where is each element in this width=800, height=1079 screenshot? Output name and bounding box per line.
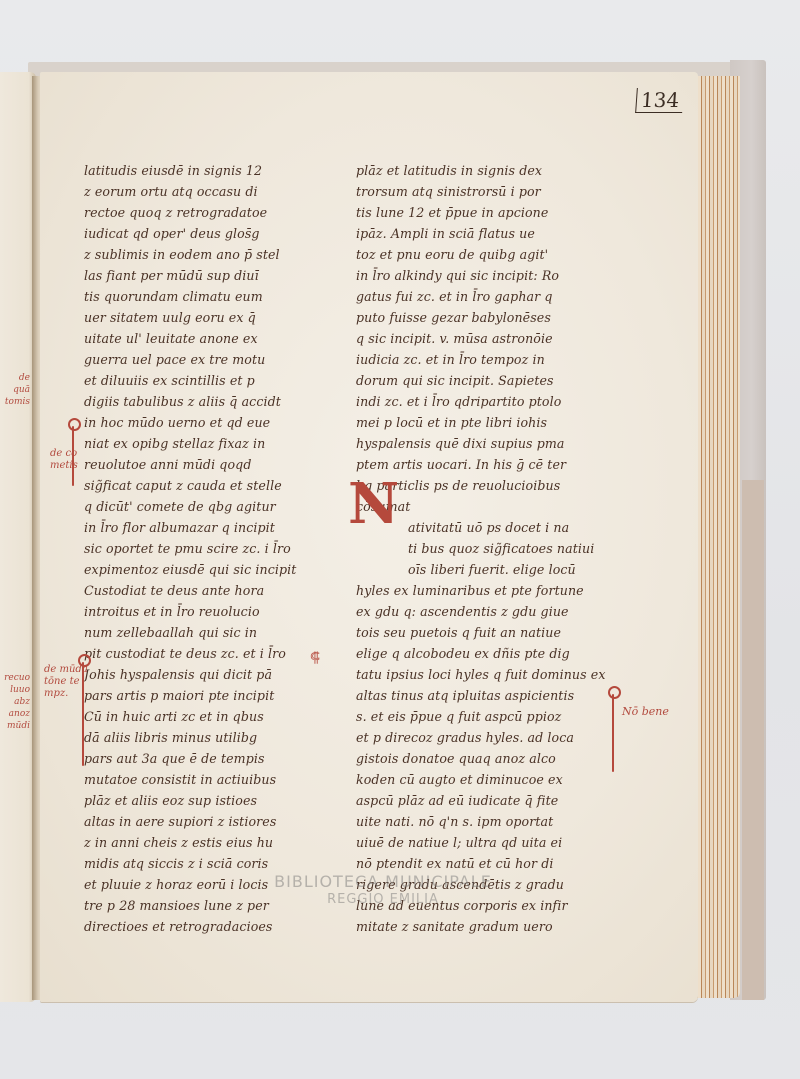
text-line: directioes et retrogradacioes xyxy=(84,916,334,937)
text-line: hyles ex luminaribus et pte fortune xyxy=(356,580,618,601)
text-line: pars aut 3a que ē de tempis xyxy=(84,748,334,769)
text-line: sic oportet te pmu scire zc. i l̄ro xyxy=(84,538,334,559)
text-line: tis quorundam climatu eum xyxy=(84,286,334,307)
text-line: guerra uel pace ex tre motu xyxy=(84,349,334,370)
text-line: hyspalensis quē dixi supius pma xyxy=(356,433,618,454)
text-line: uitate ul' leuitate anone ex xyxy=(84,328,334,349)
text-line: s. et eis p̄pue q fuit aspcū ppioz xyxy=(356,706,618,727)
text-line: digiis tabulibus z aliis q̄ accidt xyxy=(84,391,334,412)
text-line: koden cū augto et diminucoe ex xyxy=(356,769,618,790)
text-line: in l̄ro alkindy qui sic incipit: Ro xyxy=(356,265,618,286)
text-line: niat ex opibg stellaz fixaz in xyxy=(84,433,334,454)
margin-note-line: metis xyxy=(50,460,78,472)
text-line: q sic incipit. v. mūsa astronōie xyxy=(356,328,618,349)
library-stamp: BIBLIOTECA MUNICIPALE REGGIO EMILIA xyxy=(268,872,498,908)
text-line: uiuē de natiue l; ultra qd uita ei xyxy=(356,832,618,853)
text-column-left: latitudis eiusdē in signis 12 z eorum or… xyxy=(84,160,334,937)
text-line: et diluuiis ex scintillis et p xyxy=(84,370,334,391)
text-line: dorum qui sic incipit. Sapietes xyxy=(356,370,618,391)
text-line: iudicat qd oper' deus glos̄g xyxy=(84,223,334,244)
facing-note-line: recuo xyxy=(0,672,30,684)
margin-note-nota-bene: Nō bene xyxy=(622,706,669,718)
text-line: puto fuisse gezar babylonēses xyxy=(356,307,618,328)
page-edges-stack xyxy=(694,76,740,998)
text-line: iudicia zc. et in l̄ro tempoz in xyxy=(356,349,618,370)
rubricated-initial: N xyxy=(348,476,399,532)
facing-note-line: luuo xyxy=(0,684,30,696)
text-line: uer sitatem uulg eoru ex q̄ xyxy=(84,307,334,328)
text-line: las fiant per mūdū sup diuī xyxy=(84,265,334,286)
text-line: pit custodiat te deus zc. et i l̄ro xyxy=(84,643,334,664)
text-line: oīs liberi fuerit. elige locū xyxy=(356,559,618,580)
margin-note-line: de co xyxy=(50,448,78,460)
margin-note-line: tōne te xyxy=(44,676,88,688)
text-line: mitate z sanitate gradum uero xyxy=(356,916,618,937)
text-line: aspcū plāz ad eū iudicate q̄ fite xyxy=(356,790,618,811)
text-line: trorsum atq sinistrorsū i por xyxy=(356,181,618,202)
text-line: plāz et latitudis in signis dex xyxy=(356,160,618,181)
text-line: reuolutoe anni mūdi qoqd xyxy=(84,454,334,475)
text-line: uite nati. nō q'n s. ipm oportat xyxy=(356,811,618,832)
text-line: in hoc mūdo uerno et qd eue xyxy=(84,412,334,433)
text-line: z sublimis in eodem ano p̄ stel xyxy=(84,244,334,265)
text-line: toz et pnu eoru de quibg agit' xyxy=(356,244,618,265)
text-line: introitus et in l̄ro reuolucio xyxy=(84,601,334,622)
folio-number: 134 xyxy=(635,88,684,113)
text-line: tis lune 12 et p̄pue in apcione xyxy=(356,202,618,223)
text-line: expimentoz eiusdē qui sic incipit xyxy=(84,559,334,580)
text-line: q dicūt' comete de qbg agitur xyxy=(84,496,334,517)
cover-wear-patch xyxy=(742,480,764,1000)
facing-note-line: abz xyxy=(0,696,30,708)
text-line: z in anni cheis z estis eius hu xyxy=(84,832,334,853)
facing-note-line: de quā xyxy=(0,372,30,396)
text-line: ex gdu q: ascendentis z gdu giue xyxy=(356,601,618,622)
facing-page-notes-top: de quā tomis xyxy=(0,372,30,408)
text-line: mei p locū et in pte libri iohis xyxy=(356,412,618,433)
text-line: dā aliis libris minus utilibg xyxy=(84,727,334,748)
text-line: Cū in huic arti zc et in qbus xyxy=(84,706,334,727)
paragraph-mark: ⸿ xyxy=(310,648,320,667)
margin-note-mutations: de mūda tōne te mpz. xyxy=(44,664,88,700)
text-line: tatu ipsius loci hyles q fuit dominus ex xyxy=(356,664,618,685)
text-line: elige q alcobodeu ex dñis pte dig xyxy=(356,643,618,664)
stamp-line-2: REGGIO EMILIA xyxy=(268,892,498,908)
facing-note-line: mūdi xyxy=(0,720,30,732)
text-line: indi zc. et i l̄ro qdripartito ptolo xyxy=(356,391,618,412)
text-column-right: plāz et latitudis in signis dex trorsum … xyxy=(356,160,618,937)
text-line: Johis hyspalensis qui dicit pā xyxy=(84,664,334,685)
text-line: gatus fui zc. et in l̄ro gaphar q xyxy=(356,286,618,307)
text-line: midis atq siccis z i sciā coris xyxy=(84,853,334,874)
text-line: num zellebaallah qui sic in xyxy=(84,622,334,643)
text-line: plāz et aliis eoz sup istioes xyxy=(84,790,334,811)
text-line: gistois donatoe quaq anoz alco xyxy=(356,748,618,769)
text-line: z eorum ortu atq occasu di xyxy=(84,181,334,202)
text-line: sig̃ficat caput z cauda et stelle xyxy=(84,475,334,496)
text-line: latitudis eiusdē in signis 12 xyxy=(84,160,334,181)
facing-page-notes-bottom: recuo luuo abz anoz mūdi xyxy=(0,672,30,732)
text-line: nō ptendit ex natū et cū hor di xyxy=(356,853,618,874)
margin-note-line: de mūda xyxy=(44,664,88,676)
text-line: rectoe quoq z retrogradatoe xyxy=(84,202,334,223)
text-line: ti bus quoz sig̃ficatoes natiui xyxy=(356,538,618,559)
text-line: in l̄ro flor albumazar q incipit xyxy=(84,517,334,538)
facing-note-line: tomis xyxy=(0,396,30,408)
text-line: altas in aere supiori z istiores xyxy=(84,811,334,832)
text-line: pars artis p maiori pte incipit xyxy=(84,685,334,706)
text-line: tois seu puetois q fuit an natiue xyxy=(356,622,618,643)
stamp-line-1: BIBLIOTECA MUNICIPALE xyxy=(268,872,498,892)
text-line: et p direcoz gradus hyles. ad loca xyxy=(356,727,618,748)
margin-note-line: mpz. xyxy=(44,688,88,700)
margin-note-comets: de co metis xyxy=(50,448,78,472)
text-line: Custodiat te deus ante hora xyxy=(84,580,334,601)
facing-note-line: anoz xyxy=(0,708,30,720)
text-line: altas tinus atq ipluitas aspicientis xyxy=(356,685,618,706)
text-line: ipāz. Ampli in sciā flatus ue xyxy=(356,223,618,244)
facing-verso-page: de quā tomis recuo luuo abz anoz mūdi xyxy=(0,72,36,1002)
rubric-bracket-right xyxy=(612,694,614,772)
text-line: mutatoe consistit in actiuibus xyxy=(84,769,334,790)
